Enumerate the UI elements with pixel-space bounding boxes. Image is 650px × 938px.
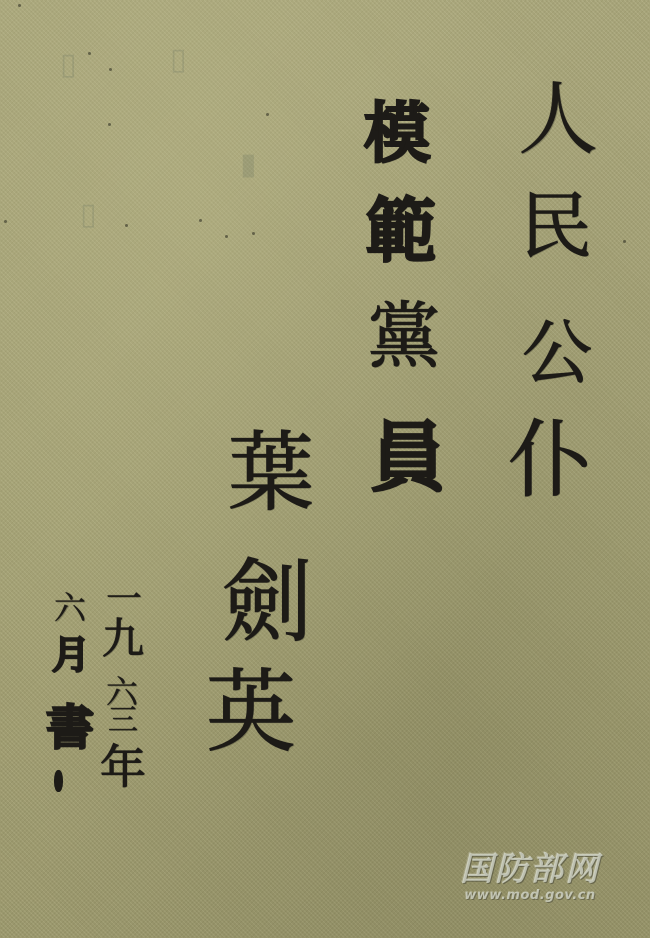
signature-char-liu: 六 — [54, 592, 86, 624]
paper-speck — [266, 113, 269, 116]
paper-speck — [252, 232, 255, 235]
paper-speck — [623, 240, 626, 243]
date-char-san: 三 — [108, 706, 138, 736]
watermark: 国防部网 www.mod.gov.cn — [440, 850, 620, 904]
calligraphy-char-jian: 劍 — [222, 558, 312, 648]
paper-speck — [125, 224, 128, 227]
paper-speck — [109, 68, 112, 71]
watermark-url: www.mod.gov.cn — [440, 888, 620, 904]
calligraphy-char-gong: 公 — [522, 318, 592, 388]
date-char-jiu: 九 — [102, 618, 144, 660]
calligraphy-char-ye: 葉 — [228, 430, 314, 516]
paper-speck — [4, 220, 7, 223]
show-through-mark: ▯ — [60, 50, 77, 80]
ink-dot — [54, 770, 63, 792]
calligraphy-char-ying: 英 — [206, 668, 296, 758]
signature-char-shu: 書 — [46, 704, 94, 752]
calligraphy-char-ren: 人 — [518, 80, 598, 160]
date-char-nian: 年 — [100, 744, 146, 790]
show-through-mark: ▯ — [170, 45, 187, 75]
paper-speck — [225, 235, 228, 238]
date-char-yi: 一 — [106, 582, 142, 618]
paper-speck — [108, 123, 111, 126]
show-through-mark: ▮ — [240, 150, 257, 180]
calligraphy-char-dang: 黨 — [368, 300, 440, 372]
paper-speck — [18, 4, 21, 7]
calligraphy-char-fan: 範 — [366, 196, 436, 266]
signature-char-yue: 月 — [52, 636, 90, 674]
calligraphy-char-min: 民 — [520, 190, 592, 262]
paper-speck — [88, 52, 91, 55]
show-through-mark: ▯ — [80, 200, 97, 230]
watermark-title: 国防部网 — [440, 850, 620, 888]
calligraphy-char-yuan: 員 — [370, 420, 446, 496]
calligraphy-char-pu: 仆 — [508, 418, 592, 502]
paper-speck — [199, 219, 202, 222]
calligraphy-char-mo: 模 — [364, 100, 430, 166]
